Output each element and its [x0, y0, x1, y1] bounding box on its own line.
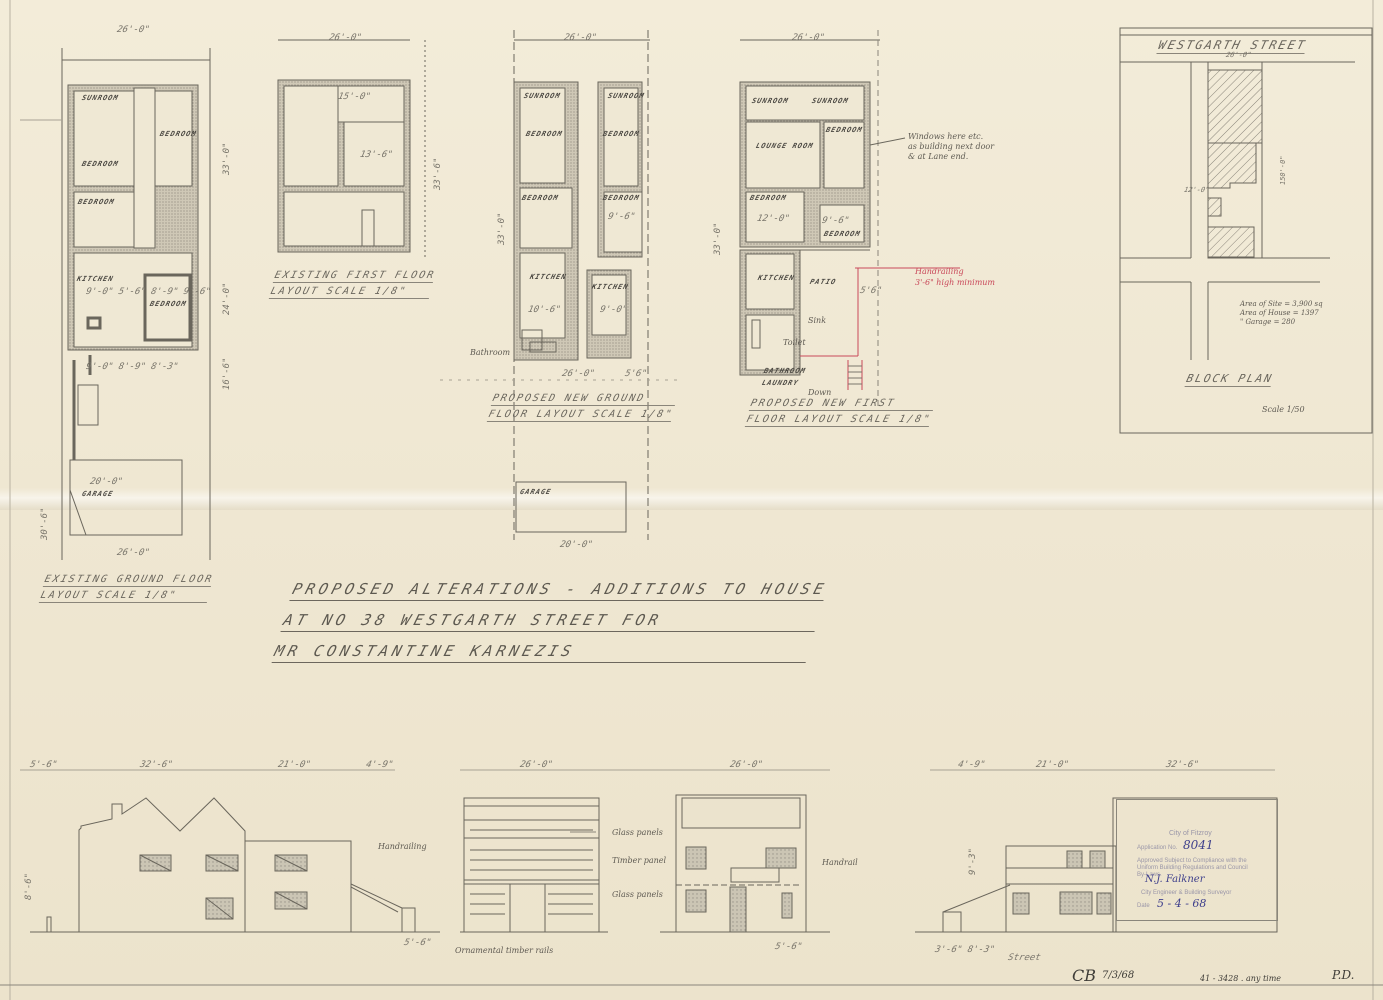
room-label: Bedroom — [602, 194, 641, 202]
lane-dim: 12'-0" — [1183, 186, 1210, 194]
room-label: Bathroom — [763, 367, 807, 375]
title-line-2: At No 38 Westgarth Street For — [280, 611, 820, 632]
room-label: Sunroom — [81, 94, 120, 102]
room-label: Lounge Room — [755, 142, 815, 150]
initials-signature: CB — [1072, 966, 1096, 985]
dim-label: 9'-0" 8'-9" 8'-3" — [85, 362, 179, 372]
eg-side-dim: 30'-6" — [40, 507, 50, 540]
side-elevation-left — [30, 798, 440, 932]
room-label: Bedroom — [521, 194, 560, 202]
elev-dim: 5'-6" — [403, 938, 432, 948]
glass-panels-note: Glass panels — [612, 890, 663, 899]
ef-width-top: 26'-0" — [328, 33, 363, 43]
existing-ground-floor-label: Existing Ground Floor Layout Scale 1/8" — [38, 574, 214, 606]
pg-side-dim: 33'-0" — [497, 212, 507, 245]
footer-initials-right: P.D. — [1332, 968, 1354, 982]
bathroom-note: Bathroom — [470, 348, 510, 357]
room-label: Bedroom — [81, 160, 120, 168]
elev-dim: 32'-6" — [1165, 760, 1200, 770]
pf-width-top: 26'-0" — [791, 33, 826, 43]
room-label: Patio — [809, 278, 837, 286]
drawing-title: Proposed Alterations - Additions to Hous… — [269, 580, 830, 673]
dim-label: 9'-0" 5'-6" 8'-9" 9'-6" — [85, 287, 212, 297]
site-depth-dim: 150'-0" — [1279, 155, 1287, 185]
elev-dim: 3'-6" 8'-3" — [934, 945, 996, 955]
existing-first-floor-label: Existing First Floor Layout Scale 1/8" — [268, 270, 436, 302]
elev-dim: 4'-9" — [365, 760, 394, 770]
room-label: Bedroom — [525, 130, 564, 138]
front-elevation — [460, 798, 608, 932]
room-label: Garage — [519, 488, 552, 496]
elev-side-dim: 9'-3" — [968, 848, 978, 875]
elev-dim: 26'-0" — [519, 760, 554, 770]
site-areas: Area of Site = 3,900 sq Area of House = … — [1240, 300, 1323, 327]
room-label: Sunroom — [751, 97, 790, 105]
glass-panels-note: Glass panels — [612, 828, 663, 837]
room-label: Bedroom — [159, 130, 198, 138]
sink-note: Sink — [808, 316, 826, 325]
engineer-signature: N.J. Falkner — [1145, 874, 1205, 885]
room-label: Bedroom — [825, 126, 864, 134]
handrailing-note: Handrailing — [378, 842, 427, 851]
dim-label: 9'-0" — [599, 305, 628, 315]
room-label: Bedroom — [749, 194, 788, 202]
elev-dim: 26'-0" — [729, 760, 764, 770]
down-note: Down — [808, 388, 831, 397]
front-elevation-caption: Ornamental timber rails — [455, 946, 553, 955]
room-label: Laundry — [761, 379, 800, 387]
eg-width-top: 26'-0" — [116, 25, 151, 35]
room-label: Bedroom — [602, 130, 641, 138]
eg-side-dim: 16'-6" — [222, 357, 232, 390]
eg-side-dim: 33'-0" — [222, 142, 232, 175]
room-label: Bedroom — [149, 300, 188, 308]
elev-dim: 21'-0" — [1035, 760, 1070, 770]
dim-label: 9'-6" — [821, 216, 850, 226]
elev-dim: 21'-0" — [277, 760, 312, 770]
rear-elevation — [660, 795, 830, 932]
elev-dim: 5'-6" — [29, 760, 58, 770]
dim-label: 20'-0" — [89, 477, 124, 487]
timber-panel-note: Timber panel — [612, 856, 666, 865]
window-note: Windows here etc. as building next door … — [908, 132, 994, 162]
pf-side-dim: 33'-0" — [713, 222, 723, 255]
pg-side-gap: 5'6" — [624, 369, 648, 379]
dim-label: 9'-6" — [607, 212, 636, 222]
title-line-3: Mr Constantine Karnezis — [272, 642, 812, 663]
frontage-dim: 26'-0" — [1225, 51, 1252, 59]
proposed-first-floor-label: Proposed New First Floor Layout Scale 1/… — [744, 398, 936, 430]
footer-reference: 41 - 3428 . any time — [1200, 974, 1281, 983]
elev-side-dim: 8'-6" — [24, 873, 34, 900]
toilet-note: Toilet — [783, 338, 806, 347]
pg-width-mid: 26'-0" — [561, 369, 596, 379]
dim-label: 5'6" — [859, 286, 883, 296]
existing-first-floor-plan — [278, 40, 425, 260]
elev-dim: 32'-6" — [139, 760, 174, 770]
eg-width-bottom: 26'-0" — [116, 548, 151, 558]
room-label: Kitchen — [76, 275, 115, 283]
room-label: Kitchen — [757, 274, 796, 282]
room-label: Sunroom — [607, 92, 646, 100]
dim-label: 12'-0" — [756, 214, 791, 224]
dim-label: 13'-6" — [359, 150, 394, 160]
block-plan-label: Block Plan — [1184, 372, 1275, 390]
elev-dim: 5'-6" — [774, 942, 803, 952]
application-number: 8041 — [1183, 838, 1214, 852]
handrail-note: Handrail — [822, 858, 858, 867]
handrailing-red-note: Handrailing 3'-6" high minimum — [915, 266, 995, 288]
elev-dim: 4'-9" — [957, 760, 986, 770]
dim-label: 15'-0" — [337, 92, 372, 102]
room-label: Sunroom — [523, 92, 562, 100]
title-line-1: Proposed Alterations - Additions to Hous… — [289, 580, 829, 601]
room-label: Kitchen — [529, 273, 568, 281]
room-label: Bedroom — [823, 230, 862, 238]
room-label: Sunroom — [811, 97, 850, 105]
room-label: Garage — [81, 490, 114, 498]
proposed-ground-floor-plan — [440, 30, 680, 540]
room-label: Bedroom — [77, 198, 116, 206]
eg-side-dim: 24'-0" — [222, 282, 232, 315]
pg-width-top: 26'-0" — [563, 33, 598, 43]
footer-date: 7/3/68 — [1102, 970, 1134, 981]
street-label: Street — [1007, 953, 1042, 963]
block-plan-scale: Scale 1/50 — [1262, 405, 1305, 414]
pg-width-bottom: 20'-0" — [559, 540, 594, 550]
room-label: Kitchen — [591, 283, 630, 291]
council-approval-stamp: City of Fitzroy Application No. 8041 App… — [1116, 799, 1278, 921]
dim-label: 10'-6" — [527, 305, 562, 315]
ef-side-dim: 33'-6" — [433, 157, 443, 190]
approval-date: 5 - 4 - 68 — [1157, 897, 1206, 910]
proposed-ground-floor-label: Proposed New Ground Floor Layout Scale 1… — [486, 393, 678, 425]
